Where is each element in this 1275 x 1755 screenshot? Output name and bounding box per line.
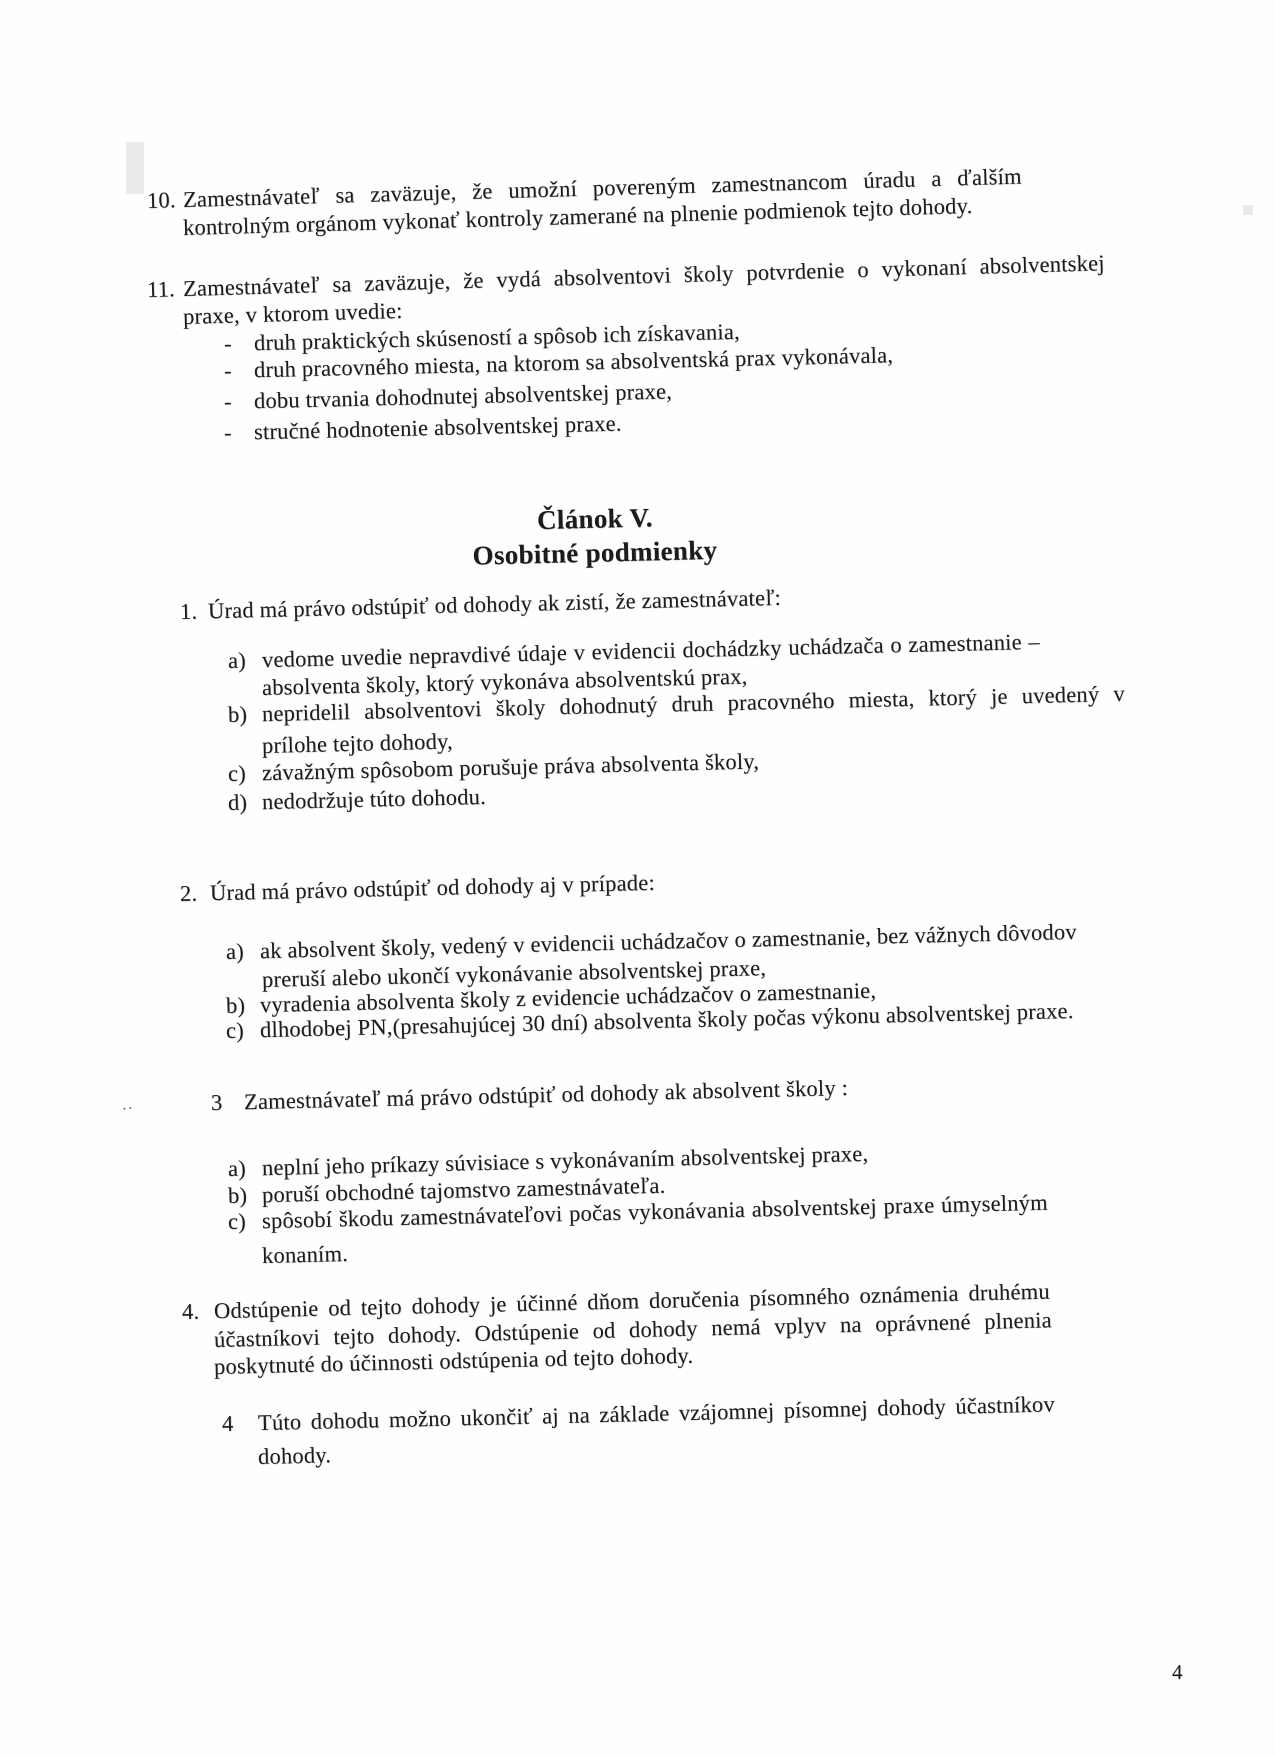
section-2-intro-text: Úrad má právo odstúpiť od dohody aj v pr… [210, 870, 655, 905]
section-4-number: 4. [182, 1297, 215, 1325]
dash-marker: - [224, 387, 255, 415]
article-subtitle: Osobitné podmienky [330, 534, 860, 573]
section-3-number: 3 [211, 1088, 245, 1116]
page-number: 4 [1172, 1660, 1183, 1685]
clause-2a-letter: a) [226, 937, 261, 965]
clause-1c-letter: c) [228, 759, 263, 787]
clause-1d-letter: d) [228, 788, 263, 816]
section-5-number: 4 [222, 1409, 259, 1437]
clause-3a-letter: a) [228, 1154, 263, 1182]
item-11-line-2: praxe, v ktorom uvedie: [183, 297, 403, 330]
dash-item-text: dobu trvania dohodnutej absolventskej pr… [254, 378, 673, 413]
dash-item: -stručné hodnotenie absolventskej praxe. [224, 410, 622, 446]
section-3-intro: 3Zamestnávateľ má právo odstúpiť od doho… [211, 1074, 849, 1116]
clause-3c-line-2: konaním. [262, 1240, 349, 1269]
scanned-document-page: 10.Zamestnávateľ sa zaväzuje, že umožní … [0, 0, 1275, 1755]
dash-marker: - [224, 356, 255, 384]
clause-2c-letter: c) [226, 1016, 261, 1044]
section-2-intro: 2.Úrad má právo odstúpiť od dohody aj v … [180, 869, 655, 907]
margin-mark: .. [121, 1095, 135, 1114]
clause-1d: d)nedodržuje túto dohodu. [228, 783, 487, 816]
section-1-number: 1. [180, 597, 209, 625]
dash-marker: - [224, 418, 255, 446]
section-3-intro-text: Zamestnávateľ má právo odstúpiť od dohod… [244, 1075, 849, 1114]
clause-2b-letter: b) [226, 991, 261, 1019]
section-5-line-1: 4Túto dohodu možno ukončiť aj na základe… [222, 1390, 1055, 1437]
clause-1d-text: nedodržuje túto dohodu. [262, 784, 486, 814]
clause-3c-letter: c) [228, 1207, 263, 1235]
section-1-intro: 1.Úrad má právo odstúpiť od dohody ak zi… [180, 584, 782, 625]
dash-item-text: stručné hodnotenie absolventskej praxe. [254, 411, 622, 445]
section-5-text: Túto dohodu možno ukončiť aj na základe … [258, 1391, 1055, 1435]
clause-1b-letter: b) [228, 700, 263, 728]
section-2-number: 2. [180, 879, 211, 907]
scan-smudge [1243, 205, 1253, 215]
dash-marker: - [224, 329, 255, 357]
item-11-text: Zamestnávateľ sa zaväzuje, že vydá absol… [183, 250, 1105, 301]
clause-1a-letter: a) [228, 646, 263, 674]
section-5-line-2: dohody. [258, 1441, 332, 1470]
article-title: Článok V. [330, 500, 860, 539]
item-11-line-1: 11.Zamestnávateľ sa zaväzuje, že vydá ab… [147, 249, 1105, 303]
scan-smudge [126, 142, 144, 194]
item-10-number: 10. [147, 186, 184, 214]
item-11-number: 11. [147, 275, 184, 303]
section-1-intro-text: Úrad má právo odstúpiť od dohody ak zist… [208, 585, 782, 623]
clause-1b-line-2: prílohe tejto dohody, [262, 728, 453, 759]
clause-3b-letter: b) [228, 1181, 263, 1209]
